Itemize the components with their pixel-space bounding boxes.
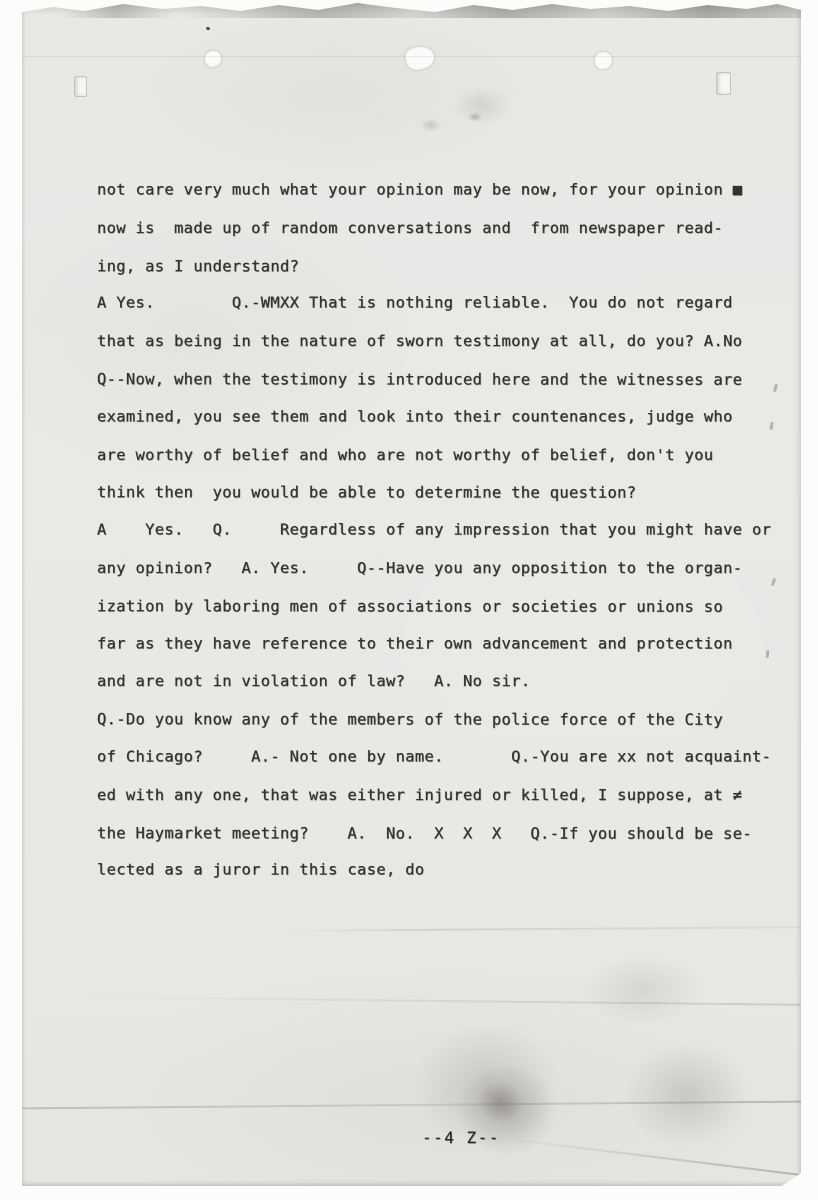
punch-hole [403,43,437,73]
typed-line: examined, you see them and look into the… [97,398,787,436]
crease-line [492,1136,810,1177]
typed-line: far as they have reference to their own … [97,625,787,663]
punch-hole [594,51,613,70]
typed-line: are worthy of belief and who are not wor… [97,437,787,475]
crease-line [282,926,801,932]
document-scan: not care very much what your opinion may… [0,0,818,1200]
stain [622,1040,752,1150]
typed-line: now is made up of random conversations a… [97,210,787,248]
smudge [420,118,442,132]
typed-line: lected as a juror in this case, do [97,852,787,890]
paper-sheet: not care very much what your opinion may… [22,0,801,1186]
typed-line: and are not in violation of law? A. No s… [97,663,787,701]
crease-line [82,996,801,1006]
ink-speck [206,26,211,30]
typed-line: A Yes. Q. Regardless of any impression t… [97,512,787,550]
punch-hole [204,50,222,68]
typed-line: of Chicago? A.- Not one by name. Q.-You … [97,739,787,777]
smudge [468,112,482,122]
right-edge-mark [716,72,731,95]
typed-line: Q.-Do you know any of the members of the… [97,701,787,739]
typed-line: ing, as I understand? [97,248,787,286]
stain [452,85,512,125]
typed-line: the Haymarket meeting? A. No. X X X Q.-I… [97,815,787,853]
typed-line: ization by laboring men of associations … [97,588,787,626]
typed-line: not care very much what your opinion may… [97,172,787,210]
left-edge-mark [74,76,87,97]
typed-line: any opinion? A. Yes. Q--Have you any opp… [97,550,787,588]
page-number: --4 Z-- [422,1128,500,1147]
torn-top-edge [22,0,801,18]
stain [477,1082,523,1122]
crease-line [22,1101,801,1110]
typed-line: Q--Now, when the testimony is introduced… [97,361,787,399]
typed-line: ed with any one, that was either injured… [97,777,787,815]
typed-text-block: not care very much what your opinion may… [97,172,787,890]
stain [582,955,702,1025]
typed-line: that as being in the nature of sworn tes… [97,323,787,361]
typed-line: A Yes. Q.-WMXX That is nothing reliable.… [97,285,787,323]
typed-line: think then you would be able to determin… [97,475,787,513]
